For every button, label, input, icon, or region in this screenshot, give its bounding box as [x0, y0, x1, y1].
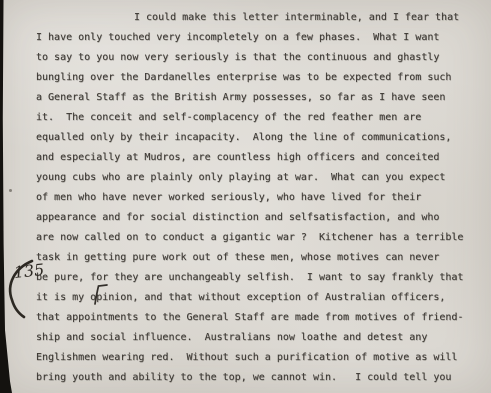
margin-note-number: 135 [13, 260, 45, 282]
text-line: and especially at Mudros, are countless … [36, 148, 476, 168]
text-line: bungling over the Dardanelles enterprise… [36, 68, 476, 88]
text-line: to say to you now very seriously is that… [36, 48, 476, 68]
paper-speck [9, 189, 12, 192]
text-line: equalled only by their incapacity. Along… [36, 128, 476, 148]
handwritten-insertion-mark-icon [88, 281, 108, 305]
handwritten-margin-note: 135 [2, 258, 46, 320]
text-line: it. The conceit and self-complacency of … [36, 108, 476, 128]
text-line: I have only touched very incompletely on… [36, 28, 476, 48]
text-line: a General Staff as the British Army poss… [36, 88, 476, 108]
letter-text-block: I could make this letter interminable, a… [36, 8, 476, 388]
text-line: I could make this letter interminable, a… [36, 8, 476, 28]
text-line: are now called on to conduct a gigantic … [36, 228, 476, 248]
text-line: that appointments to the General Staff a… [36, 308, 476, 328]
text-line: bring youth and ability to the top, we c… [36, 368, 476, 388]
scan-left-edge-shadow [0, 0, 12, 393]
text-line: Englishmen wearing red. Without such a p… [36, 348, 476, 368]
letter-scan-page: { "page": { "kind": "typewritten letter … [0, 0, 491, 393]
text-line: young cubs who are plainly only playing … [36, 168, 476, 188]
text-line: of men who have never worked seriously, … [36, 188, 476, 208]
text-line: task in getting pure work out of these m… [36, 248, 476, 268]
text-line: appearance and for social distinction an… [36, 208, 476, 228]
text-line: ship and social influence. Australians n… [36, 328, 476, 348]
